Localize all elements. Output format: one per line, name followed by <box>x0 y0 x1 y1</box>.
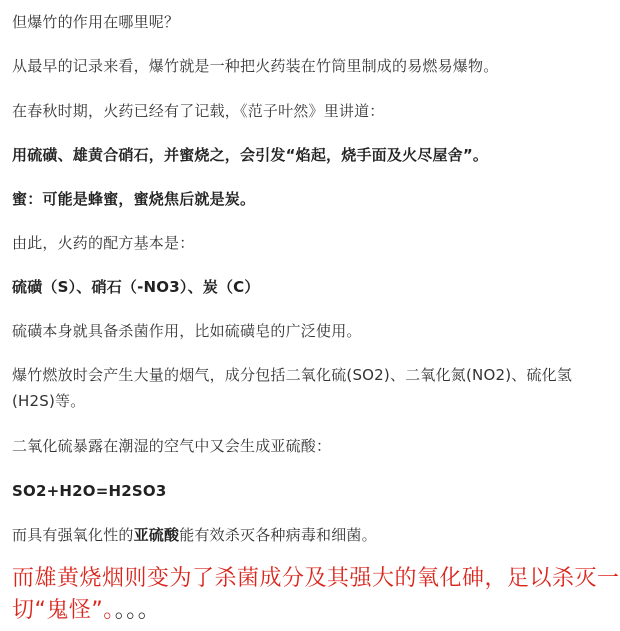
paragraph-earliest-record: 从最早的记录来看，爆竹就是一种把火药装在竹筒里制成的易燃易爆物。 <box>12 53 498 79</box>
oxidation-bold-term: 亚硫酸 <box>134 526 180 544</box>
paragraph-ingredients: 硫磺（S）、硝石（-NO3）、炭（C） <box>12 274 260 300</box>
paragraph-spring-autumn: 在春秋时期，火药已经有了记载，《范子叶然》里讲道： <box>12 98 385 124</box>
paragraph-honey-note: 蜜：可能是蜂蜜，蜜烧焦后就是炭。 <box>12 186 255 212</box>
paragraph-sulfurous-acid: 二氧化硫暴露在潮湿的空气中又会生成亚硫酸： <box>12 433 331 459</box>
paragraph-oxidation: 而具有强氧化性的亚硫酸能有效杀灭各种病毒和细菌。 <box>12 522 377 548</box>
oxidation-prefix: 而具有强氧化性的 <box>12 526 134 544</box>
oxidation-suffix: 能有效杀灭各种病毒和细菌。 <box>179 526 377 544</box>
highlight-red-conclusion: 而雄黄烧烟则变为了杀菌成分及其强大的氧化砷，足以杀灭一切“鬼怪”。。。。 <box>12 563 620 627</box>
paragraph-smoke-components: 爆竹燃放时会产生大量的烟气，成分包括二氧化硫(SO2)、二氧化氮(NO2)、硫化… <box>12 362 610 414</box>
paragraph-formula-intro: 由此，火药的配方基本是： <box>12 230 194 256</box>
paragraph-question: 但爆竹的作用在哪里呢？ <box>12 9 179 35</box>
paragraph-equation: SO2+H2O=H2SO3 <box>12 478 166 504</box>
trailing-dots: 。。。 <box>115 598 161 623</box>
highlight-text: 而雄黄烧烟则变为了杀菌成分及其强大的氧化砷，足以杀灭一切“鬼怪”。 <box>12 566 620 623</box>
paragraph-quote-formula: 用硫磺、雄黄合硝石，并蜜烧之，会引发“焰起，烧手面及火尽屋舍”。 <box>12 142 488 168</box>
paragraph-sulfur-sterilize: 硫磺本身就具备杀菌作用，比如硫磺皂的广泛使用。 <box>12 318 362 344</box>
